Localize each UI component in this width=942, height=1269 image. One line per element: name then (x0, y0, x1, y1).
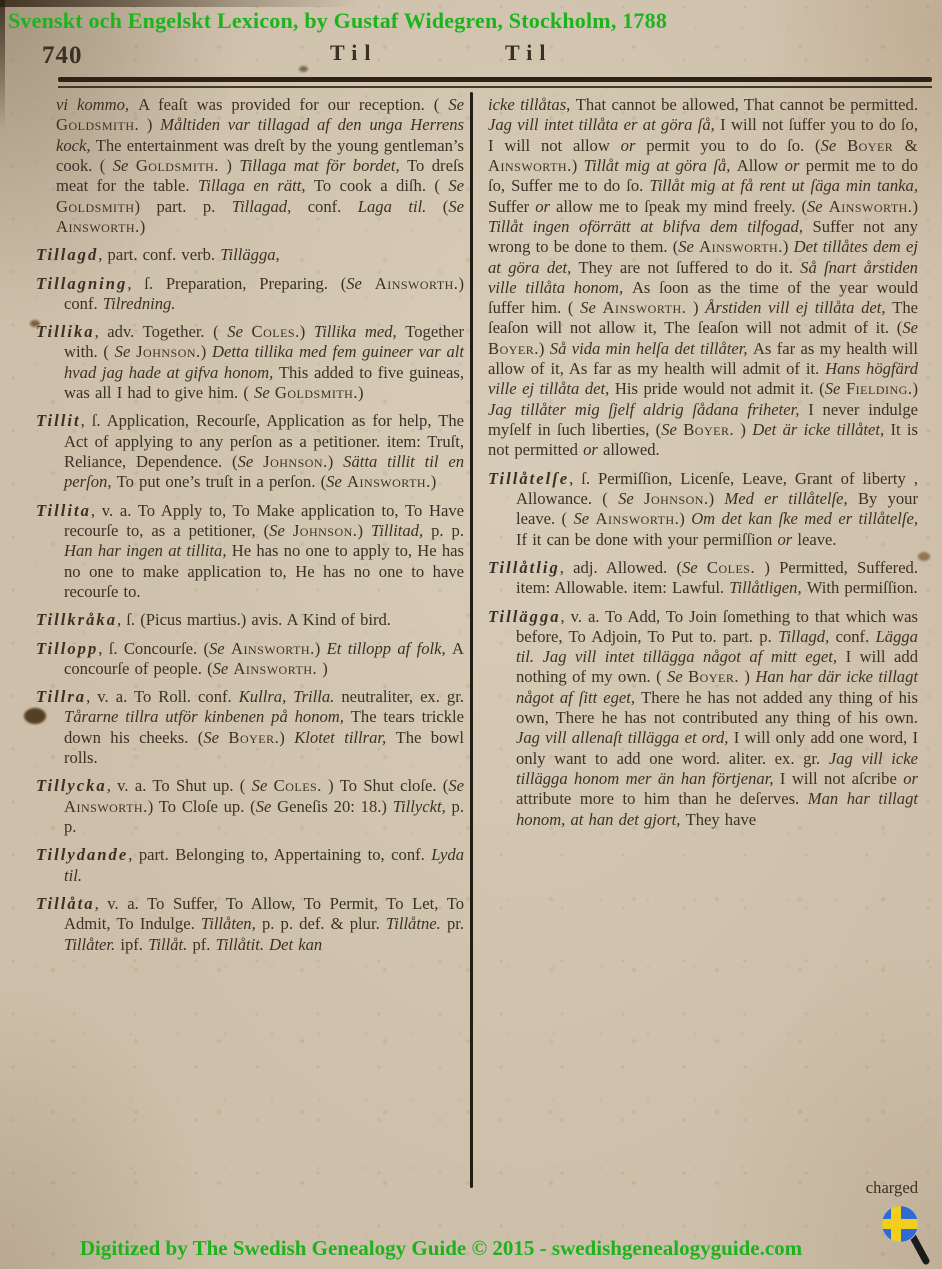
text-segment: Se (667, 667, 688, 686)
running-head-right: Til (505, 40, 553, 66)
text-segment: Jag tillåter mig ſjelf aldrig ſådana fri… (488, 400, 808, 419)
text-segment: Goldsmith. (136, 156, 219, 175)
text-segment: Coles. (707, 558, 755, 577)
running-head-left: Til (330, 40, 378, 66)
text-segment: Se (213, 659, 234, 678)
text-segment: conf. (836, 627, 876, 646)
text-segment: Tillyckt, (393, 797, 452, 816)
text-segment: Et tillopp af folk, (327, 639, 452, 658)
dictionary-entry: Tillägga, v. a. To Add, To Join ſomethin… (488, 607, 918, 830)
text-segment: , part. conf. verb. (98, 245, 220, 264)
text-segment: pf. (192, 935, 215, 954)
text-segment: They have (686, 810, 757, 829)
text-segment: ) (686, 298, 705, 317)
headword: Tillagning (36, 274, 127, 293)
text-segment: Tårarne tillra utför kinbenen på honom, (64, 707, 351, 726)
text-segment: Se (209, 639, 231, 658)
text-segment: ) To Shut cloſe. ( (322, 776, 448, 795)
text-segment: pr. (447, 914, 464, 933)
text-segment: ) (912, 379, 918, 398)
text-segment: ) (358, 383, 364, 402)
dictionary-entry: Tillkråka, ſ. (Picus martius.) avis. A K… (36, 610, 464, 630)
text-segment: Se (807, 197, 829, 216)
text-segment: Ainsworth. (64, 797, 148, 816)
text-segment: Årstiden vill ej tillåta det, (705, 298, 892, 317)
text-segment: icke tillåtas, (488, 95, 576, 114)
dictionary-entry: Tillika, adv. Together. ( Se Coles.) Til… (36, 322, 464, 403)
text-segment: If it can be done with your permiſſion (516, 530, 777, 549)
text-segment: leave. (797, 530, 836, 549)
headword: Tillycka (36, 776, 107, 795)
text-segment: ) part. p. (134, 197, 231, 216)
text-segment: Goldsmith. (275, 383, 358, 402)
text-segment: Se (618, 489, 644, 508)
text-segment: Se (256, 797, 277, 816)
text-segment: Se (580, 298, 602, 317)
text-segment: Se (326, 472, 347, 491)
text-segment: Johnson. (644, 489, 709, 508)
text-segment: Ainsworth. (231, 639, 315, 658)
text-segment: They are not ſuffered to do it. (579, 258, 801, 277)
entry-continuation: vi kommo, A feaſt was provided for our r… (36, 95, 464, 237)
text-segment: Tillitad, (371, 521, 431, 540)
catchword: charged (488, 1178, 918, 1198)
scanned-dictionary-page: Svenskt och Engelskt Lexicon, by Gustaf … (0, 0, 942, 1269)
dictionary-entry: Tillåta, v. a. To Suffer, To Allow, To P… (36, 894, 464, 955)
text-segment: Det kan (269, 935, 322, 954)
text-segment: or (785, 156, 806, 175)
text-segment: Ainsworth. (56, 217, 140, 236)
text-segment: Tillåt ingen oförrätt at blifva dem tilf… (488, 217, 813, 236)
entry-continuation: icke tillåtas, That cannot be allowed, T… (488, 95, 918, 461)
text-segment: ) (219, 156, 239, 175)
text-segment: , ſ. Preparation, Preparing. ( (127, 274, 346, 293)
text-segment: ) (317, 659, 328, 678)
dictionary-entry: Tillåtelſe, ſ. Permiſſion, Licenſe, Leav… (488, 469, 918, 550)
text-segment: Se (238, 452, 264, 471)
text-segment: Ainsworth. (596, 509, 680, 528)
text-segment: Boyer. (228, 728, 279, 747)
text-segment: Jag vill intet tillägga något af mitt eg… (543, 647, 846, 666)
text-segment: A feaſt was provided for our reception. … (138, 95, 448, 114)
text-segment: ipf. (120, 935, 148, 954)
ink-stain (299, 66, 308, 72)
text-segment: Tillåten, (201, 914, 262, 933)
text-segment: , part. Belonging to, Appertaining to, c… (128, 845, 431, 864)
text-segment: ) (431, 472, 437, 491)
text-segment: Boyer. (683, 420, 734, 439)
text-segment: Suffer (488, 197, 535, 216)
text-segment: Se (203, 728, 228, 747)
headword: Tillåtlig (488, 558, 560, 577)
text-segment: ) (140, 217, 146, 236)
header-rule-thin (58, 86, 932, 88)
text-segment: To cook a diſh. ( (314, 176, 448, 195)
text-segment: With permiſſion. (807, 578, 918, 597)
text-segment: Tillåtit. (216, 935, 270, 954)
dictionary-entry: Tillopp, ſ. Concourſe. (Se Ainsworth.) E… (36, 639, 464, 680)
text-segment: Tillaga en rätt, (198, 176, 314, 195)
text-segment: ) (679, 509, 691, 528)
scan-edge-shadow-left (0, 0, 5, 130)
text-segment: Jag vill allenaſt tillägga et ord, (516, 728, 734, 747)
text-segment: Ainsworth. (375, 274, 459, 293)
text-segment: ) (139, 115, 160, 134)
text-segment: Tillagad, (232, 197, 308, 216)
headword: Tillydande (36, 845, 128, 864)
text-segment: Johnson. (263, 452, 328, 471)
text-segment: Tillåt mig at göra ſå, (584, 156, 737, 175)
text-segment: Kullra, Trilla. (239, 687, 342, 706)
dictionary-entry: Tillydande, part. Belonging to, Appertai… (36, 845, 464, 886)
text-segment: Allow (737, 156, 785, 175)
text-segment: Coles. (252, 322, 300, 341)
text-segment: ) To Cloſe up. ( (148, 797, 256, 816)
text-segment: Boyer. (688, 667, 739, 686)
text-segment: Se (448, 95, 464, 114)
text-segment: Laga til. (358, 197, 443, 216)
headword: Tillra (36, 687, 86, 706)
text-segment: To put one’s truſt in a perſon. ( (117, 472, 327, 491)
text-segment: Ainsworth. (699, 237, 783, 256)
text-segment: Se (821, 136, 847, 155)
text-segment: or (535, 197, 556, 216)
text-segment: Boyer. (488, 339, 539, 358)
dictionary-entry: Tillycka, v. a. To Shut up. ( Se Coles. … (36, 776, 464, 837)
dictionary-entry: Tillra, v. a. To Roll. conf. Kullra, Tri… (36, 687, 464, 768)
text-segment: ) (739, 667, 755, 686)
text-segment: or (621, 136, 647, 155)
scan-edge-shadow-top (0, 0, 360, 7)
text-segment: Johnson. (136, 342, 201, 361)
text-segment: or (903, 769, 918, 788)
text-segment: ) (709, 489, 725, 508)
swedish-flag (882, 1206, 918, 1242)
text-segment: Ainsworth. (829, 197, 913, 216)
text-segment: ) (201, 342, 212, 361)
header-rule-thick (58, 77, 932, 82)
text-segment: Se (661, 420, 683, 439)
swedish-flag-magnifier-icon (878, 1203, 930, 1265)
text-segment: Se (115, 342, 136, 361)
text-segment: Tillåtne. (386, 914, 447, 933)
text-segment: Tillika med, (314, 322, 405, 341)
text-segment: Johnson. (293, 521, 358, 540)
text-segment: Se (254, 383, 275, 402)
scan-overlay-title: Svenskt och Engelskt Lexicon, by Gustaf … (8, 8, 667, 34)
page-number: 740 (42, 42, 83, 70)
scan-overlay-footer: Digitized by The Swedish Genealogy Guide… (0, 1236, 882, 1261)
text-segment: or (583, 440, 603, 459)
magnifier-handle (913, 1237, 926, 1261)
text-segment: I will not aſcribe (780, 769, 903, 788)
headword: Tillagd (36, 245, 98, 264)
headword: Tillägga (488, 607, 561, 626)
text-segment: permit you to do ſo. ( (646, 136, 820, 155)
text-segment: , adj. Allowed. ( (560, 558, 682, 577)
text-segment: ) (328, 452, 343, 471)
text-segment: conf. (308, 197, 358, 216)
text-segment: Geneſis 20: 18.) (277, 797, 393, 816)
text-segment: Se (269, 521, 293, 540)
text-segment: Fielding. (846, 379, 913, 398)
text-segment: neutraliter, ex. gr. (341, 687, 464, 706)
text-segment: Klotet tillrar, (294, 728, 395, 747)
headword: Tillåta (36, 894, 95, 913)
text-segment: Se (902, 318, 918, 337)
text-segment: , adv. Together. ( (95, 322, 228, 341)
headword: Tillkråka (36, 610, 117, 629)
headword: Tillopp (36, 639, 98, 658)
text-segment: Se (448, 197, 464, 216)
headword: Tillita (36, 501, 91, 520)
headword: Tillit (36, 411, 81, 430)
text-segment: allowed. (603, 440, 660, 459)
text-segment: Tillåt. (148, 935, 192, 954)
text-segment: ) (572, 156, 584, 175)
headword: Tillika (36, 322, 95, 341)
text-segment: Tillägga, (220, 245, 279, 264)
column-divider-rule (470, 92, 473, 1188)
text-segment: Ainsworth. (347, 472, 431, 491)
text-segment: or (777, 530, 797, 549)
text-segment: Se (825, 379, 846, 398)
text-segment: p. p. (431, 521, 464, 540)
ink-stain (918, 552, 930, 561)
dictionary-entry: Tillagd, part. conf. verb. Tillägga, (36, 245, 464, 265)
text-segment: , ſ. Concourſe. ( (98, 639, 209, 658)
text-segment: ) (783, 237, 794, 256)
dictionary-entry: Tillit, ſ. Application, Recourſe, Applic… (36, 411, 464, 492)
text-segment: Se (252, 776, 274, 795)
text-segment: Tilredning. (103, 294, 176, 313)
text-segment: Tillåter. (64, 935, 120, 954)
text-segment: ) (539, 339, 550, 358)
text-segment: allow me to ſpeak my mind freely. ( (556, 197, 807, 216)
text-segment: Med er tillåtelſe, (724, 489, 858, 508)
text-segment: Goldsmith (56, 197, 134, 216)
text-segment: Om det kan ſke med er tillåtelſe, (691, 509, 918, 528)
text-segment: ) (315, 639, 327, 658)
dictionary-entry: Tillåtlig, adj. Allowed. (Se Coles. ) Pe… (488, 558, 918, 599)
text-segment: Se (678, 237, 699, 256)
text-segment: , v. a. To Shut up. ( (107, 776, 252, 795)
headword: Tillåtelſe (488, 469, 569, 488)
text-segment: p. p. def. & plur. (262, 914, 386, 933)
text-segment: Coles. (274, 776, 322, 795)
text-segment: That cannot be allowed, That cannot be p… (576, 95, 918, 114)
text-segment: His pride would not admit it. ( (615, 379, 825, 398)
text-segment: Se (448, 176, 464, 195)
text-segment: Tillagd, (778, 627, 836, 646)
text-segment: ) (734, 420, 752, 439)
dictionary-column-right: icke tillåtas, That cannot be allowed, T… (488, 95, 918, 838)
text-segment: Jag vill intet tillåta er at göra ſå, (488, 115, 720, 134)
text-segment: Goldsmith. (56, 115, 139, 134)
text-segment: Se (573, 509, 595, 528)
text-segment: ) (912, 197, 918, 216)
text-segment: ) (279, 728, 294, 747)
text-segment: Det är icke tillåtet, (752, 420, 890, 439)
text-segment: attribute more to him than he deſerves. (516, 789, 808, 808)
text-segment: , v. a. To Roll. conf. (86, 687, 239, 706)
dictionary-column-left: vi kommo, A feaſt was provided for our r… (36, 95, 464, 963)
text-segment: Se (682, 558, 707, 577)
text-segment: Tillåtligen, (729, 578, 807, 597)
text-segment: Tillåt mig at få rent ut ſäga min tanka, (649, 176, 918, 195)
text-segment: Se (448, 776, 464, 795)
text-segment: Så vida min helſa det tillåter, (550, 339, 753, 358)
dictionary-entry: Tillagning, ſ. Preparation, Preparing. (… (36, 274, 464, 315)
text-segment: Se (113, 156, 136, 175)
text-segment: Ainsworth. (233, 659, 317, 678)
text-segment: vi kommo, (56, 95, 138, 114)
text-segment: ) (357, 521, 371, 540)
text-segment: , ſ. (Picus martius.) avis. A Kind of bi… (117, 610, 391, 629)
text-segment: Ainsworth. (603, 298, 687, 317)
text-segment: Se (227, 322, 251, 341)
text-segment: Tillaga mat för bordet, (239, 156, 407, 175)
dictionary-entry: Tillita, v. a. To Apply to, To Make appl… (36, 501, 464, 603)
text-segment: Han har ingen at tillita, (64, 541, 232, 560)
text-segment: ) (300, 322, 314, 341)
text-segment: Se (346, 274, 374, 293)
